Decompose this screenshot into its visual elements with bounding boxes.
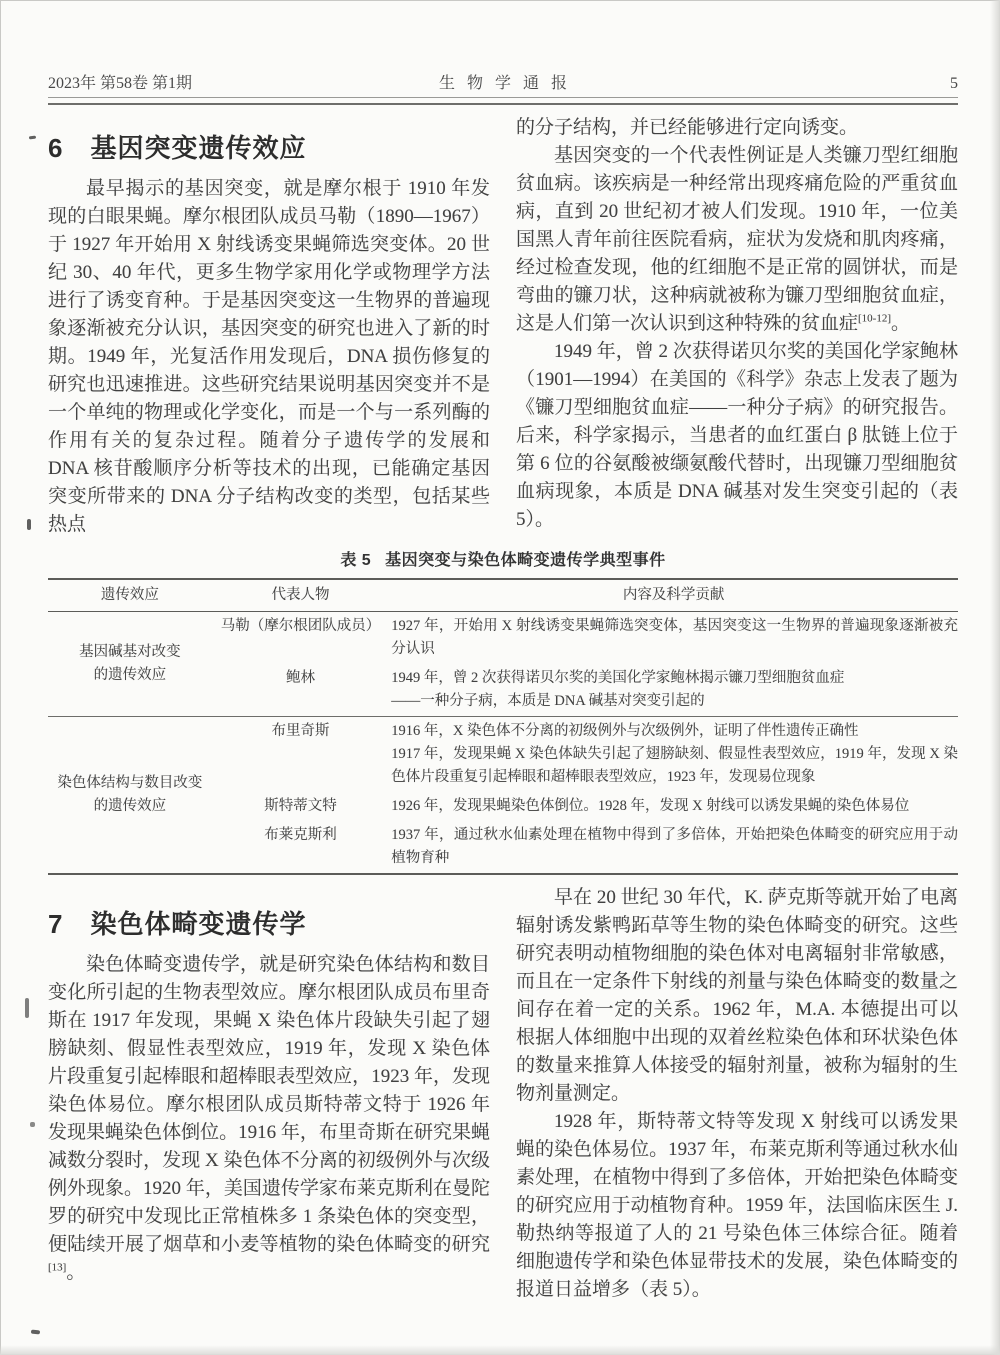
sickle-cell-paragraph: 基因突变的一个代表性例证是人类镰刀型红细胞贫血病。该疾病是一种经常出现疼痛危险的… xyxy=(516,142,958,338)
scan-artifact xyxy=(25,998,29,1018)
citation-ref-10-12: [10-12] xyxy=(858,313,891,325)
scan-artifact xyxy=(30,1122,35,1127)
section-7-heading: 7 染色体畸变遗传学 xyxy=(48,904,490,941)
citation-ref-13: [13] xyxy=(48,1262,66,1274)
person-pauling: 鲍林 xyxy=(212,664,389,717)
person-muller: 马勒（摩尔根团队成员） xyxy=(212,612,389,665)
content-pauling: 1949 年，曾 2 次获得诺贝尔奖的美国化学家鲍林揭示镰刀型细胞贫血症 ——一… xyxy=(389,664,958,717)
content-bridges: 1916 年，X 染色体不分离的初级例外与次级例外，证明了伴性遗传正确性 191… xyxy=(389,717,958,793)
content-muller: 1927 年，开始用 X 射线诱变果蝇筛选突变体，基因突变这一生物界的普遍现象逐… xyxy=(389,612,958,665)
table-5: 遗传效应 代表人物 内容及科学贡献 基因碱基对改变 的遗传效应 马勒（摩尔根团队… xyxy=(48,578,958,875)
header-rule-thick xyxy=(48,103,958,105)
lower-columns: 7 染色体畸变遗传学 染色体畸变遗传学，就是研究染色体结构和数目变化所引起的生物… xyxy=(48,884,958,1304)
sickle-cell-text-end: 。 xyxy=(891,313,910,334)
aberration-history-paragraph: 1928 年，斯特蒂文特等发现 X 射线可以诱发果蝇的染色体易位。1937 年，… xyxy=(516,1108,958,1304)
header-rule-thin xyxy=(48,97,958,98)
section-6-heading: 6 基因突变遗传效应 xyxy=(48,128,490,165)
section-7-paragraph: 染色体畸变遗传学，就是研究染色体结构和数目变化所引起的生物表型效应。摩尔根团队成… xyxy=(48,951,490,1287)
running-head: 2023年 第58卷 第1期 生物学通报 5 xyxy=(48,74,958,94)
content-blakeslee: 1937 年，通过秋水仙素处理在植物中得到了多倍体，开始把染色体畸变的研究应用于… xyxy=(389,821,958,874)
content-sturtevant: 1926 年，发现果蝇染色体倒位。1928 年，发现 X 射线可以诱发果蝇的染色… xyxy=(389,792,958,821)
right-column-bottom: 早在 20 世纪 30 年代，K. 萨克斯等就开始了电离辐射诱发紫鸭跖草等生物的… xyxy=(516,884,958,1304)
table-header-effect: 遗传效应 xyxy=(48,579,212,612)
table-5-caption-number: 表 5 xyxy=(340,552,371,569)
section-7-number: 7 xyxy=(48,909,62,940)
left-column-bottom: 7 染色体畸变遗传学 染色体畸变遗传学，就是研究染色体结构和数目变化所引起的生物… xyxy=(48,884,490,1304)
section-6-paragraph: 最早揭示的基因突变，就是摩尔根于 1910 年发现的白眼果蝇。摩尔根团队成员马勒… xyxy=(48,175,490,539)
section-6-title: 基因突变遗传效应 xyxy=(90,128,306,165)
section-7-text-end: 。 xyxy=(66,1262,85,1283)
journal-title: 生物学通报 xyxy=(328,74,678,94)
effect-group-chromosome: 染色体结构与数目改变 的遗传效应 xyxy=(48,717,212,875)
section-7-text: 染色体畸变遗传学，就是研究染色体结构和数目变化所引起的生物表型效应。摩尔根团队成… xyxy=(48,954,490,1255)
scan-artifact xyxy=(31,1330,40,1335)
pauling-paragraph: 1949 年，曾 2 次获得诺贝尔奖的美国化学家鲍林（1901—1994）在美国… xyxy=(516,338,958,534)
radiation-paragraph: 早在 20 世纪 30 年代，K. 萨克斯等就开始了电离辐射诱发紫鸭跖草等生物的… xyxy=(516,884,958,1108)
table-5-block: 表 5基因突变与染色体畸变遗传学典型事件 遗传效应 代表人物 内容及科学贡献 基… xyxy=(48,547,958,875)
issue-info: 2023年 第58卷 第1期 xyxy=(48,74,328,94)
continuation-line: 的分子结构，并已经能够进行定向诱变。 xyxy=(516,114,958,142)
sickle-cell-text: 基因突变的一个代表性例证是人类镰刀型红细胞贫血病。该疾病是一种经常出现疼痛危险的… xyxy=(516,145,958,334)
upper-columns: 6 基因突变遗传效应 最早揭示的基因突变，就是摩尔根于 1910 年发现的白眼果… xyxy=(48,114,958,539)
scanned-journal-page: 2023年 第58卷 第1期 生物学通报 5 6 基因突变遗传效应 最早揭示的基… xyxy=(0,0,1000,1355)
section-6-number: 6 xyxy=(48,133,62,164)
table-row-bridges: 染色体结构与数目改变 的遗传效应 布里奇斯 1916 年，X 染色体不分离的初级… xyxy=(48,717,958,793)
page-number: 5 xyxy=(678,74,958,94)
person-blakeslee: 布莱克斯利 xyxy=(212,821,389,874)
person-bridges: 布里奇斯 xyxy=(212,717,389,793)
section-7-title: 染色体畸变遗传学 xyxy=(90,904,306,941)
page-body: 2023年 第58卷 第1期 生物学通报 5 6 基因突变遗传效应 最早揭示的基… xyxy=(0,0,1000,1355)
scan-artifact xyxy=(27,519,31,530)
table-header-contribution: 内容及科学贡献 xyxy=(389,579,958,612)
right-column-top: 的分子结构，并已经能够进行定向诱变。 基因突变的一个代表性例证是人类镰刀型红细胞… xyxy=(516,114,958,539)
effect-group-base-pair: 基因碱基对改变 的遗传效应 xyxy=(48,612,212,717)
person-sturtevant: 斯特蒂文特 xyxy=(212,792,389,821)
table-5-caption-text: 基因突变与染色体畸变遗传学典型事件 xyxy=(385,552,666,569)
table-row-muller: 基因碱基对改变 的遗传效应 马勒（摩尔根团队成员） 1927 年，开始用 X 射… xyxy=(48,612,958,665)
table-header-person: 代表人物 xyxy=(212,579,389,612)
page-edge-shadow-bottom xyxy=(0,1345,1000,1355)
page-edge-shadow-right xyxy=(990,0,1000,1355)
left-column-top: 6 基因突变遗传效应 最早揭示的基因突变，就是摩尔根于 1910 年发现的白眼果… xyxy=(48,114,490,539)
table-header-row: 遗传效应 代表人物 内容及科学贡献 xyxy=(48,579,958,612)
table-5-caption: 表 5基因突变与染色体畸变遗传学典型事件 xyxy=(48,547,958,570)
